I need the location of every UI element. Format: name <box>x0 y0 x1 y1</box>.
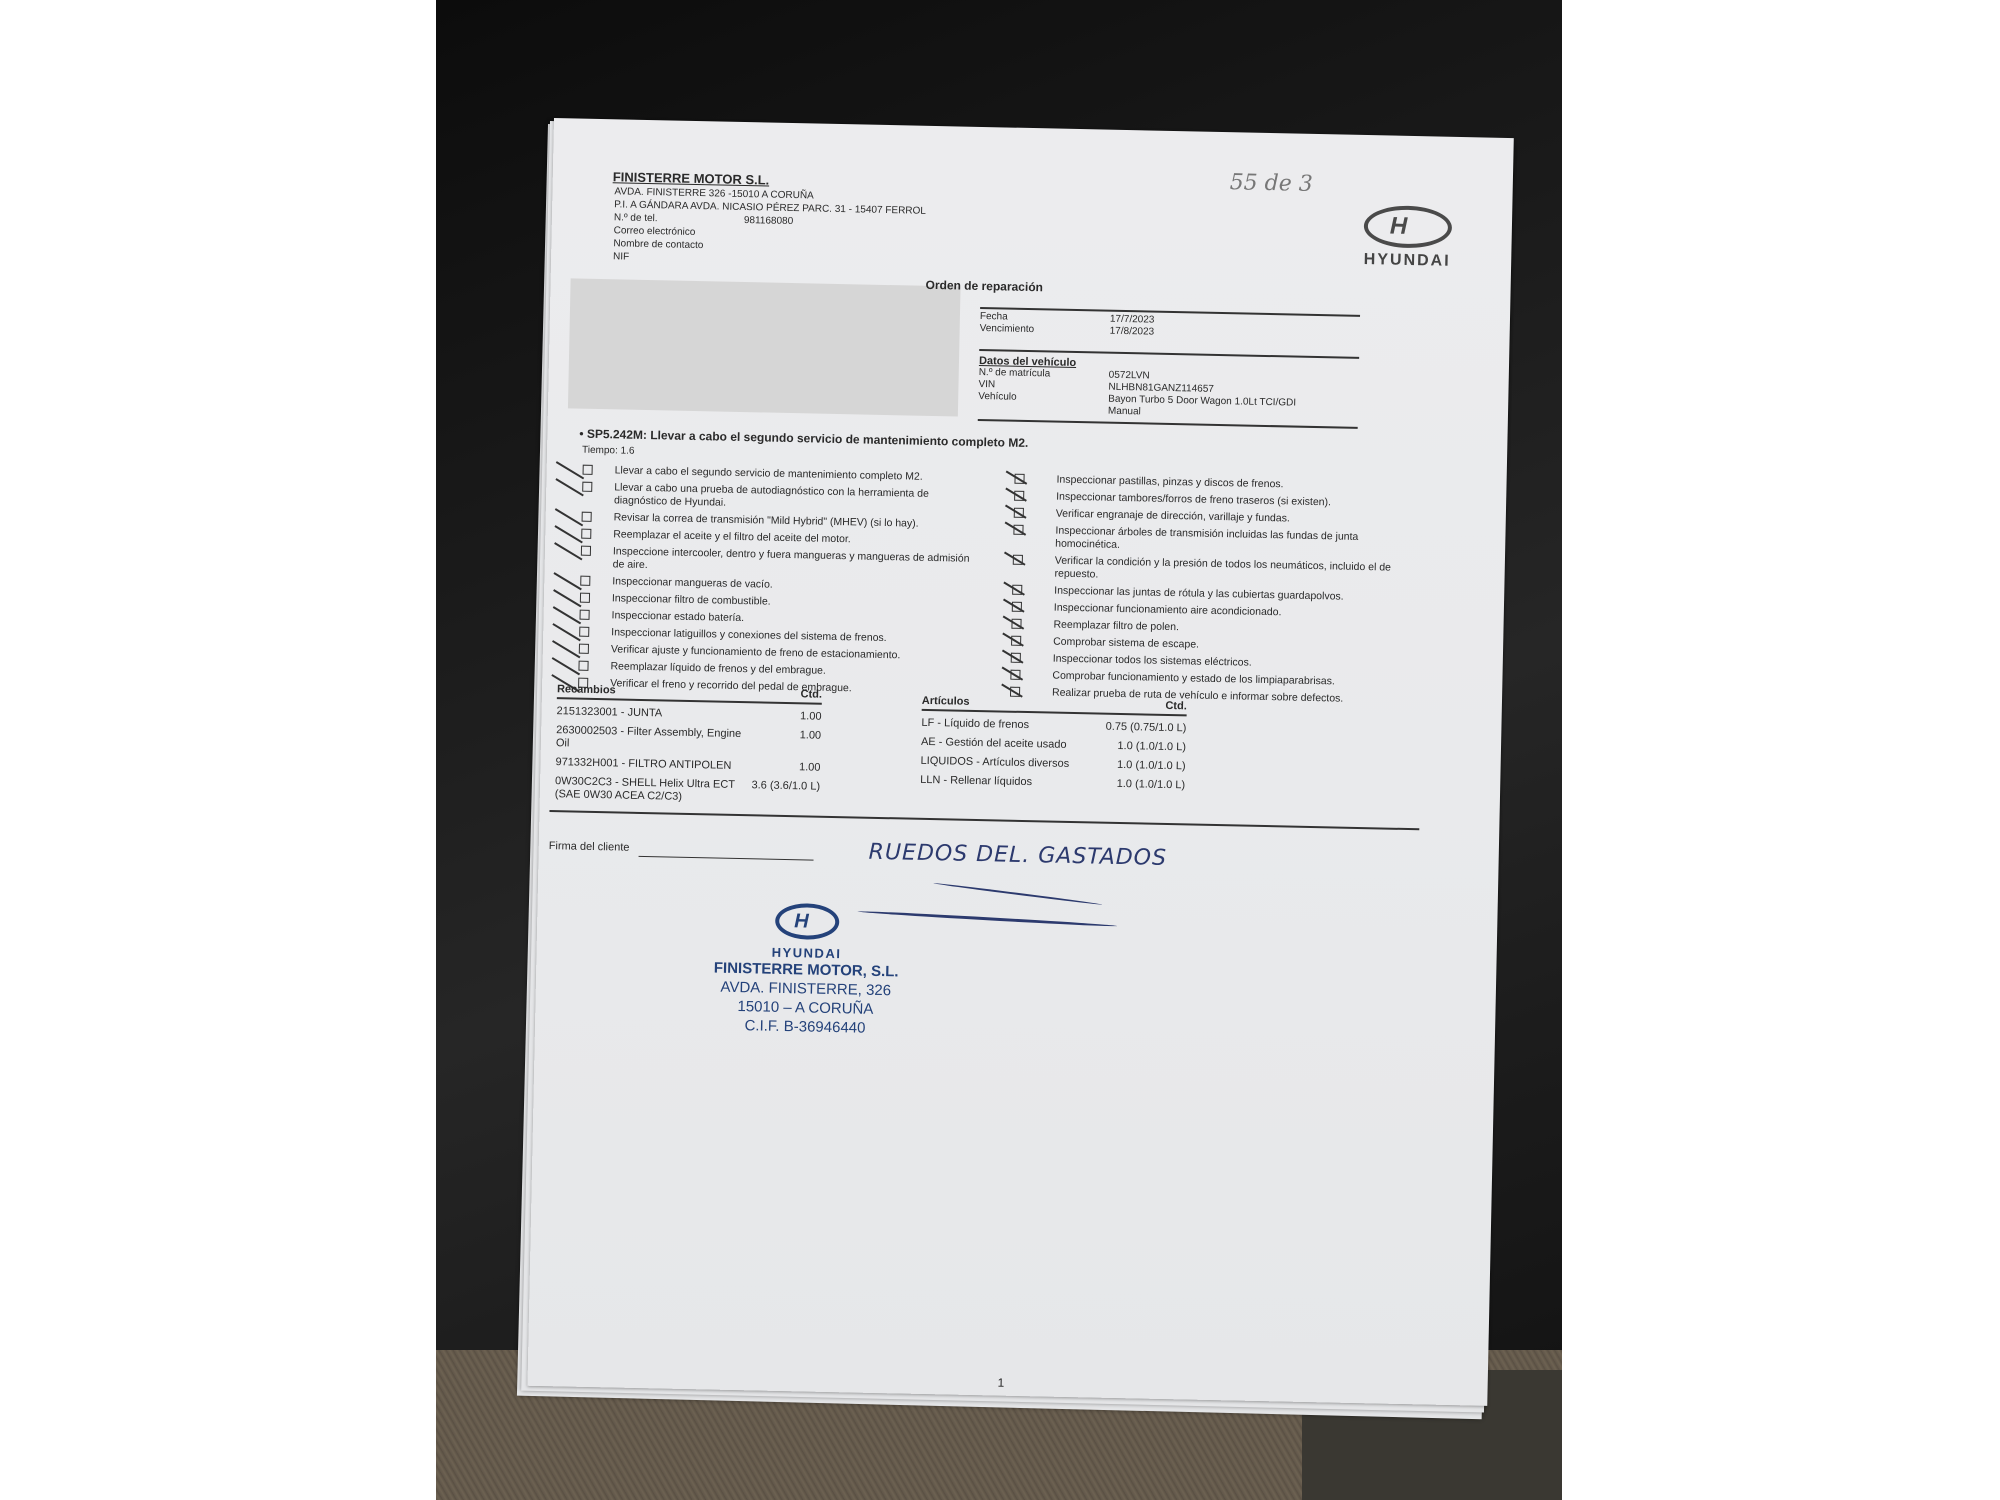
checkbox-icon <box>580 593 590 603</box>
task-text: Inspeccionar funcionamiento aire acondic… <box>1054 602 1282 619</box>
order-details: Fecha17/7/2023 Vencimiento17/8/2023 Dato… <box>978 295 1361 429</box>
task-text: Verificar engranaje de dirección, varill… <box>1056 508 1290 525</box>
item-description: 2151323001 - JUNTA <box>556 705 662 720</box>
articles-qty-header: Ctd. <box>1165 700 1187 712</box>
task-list-left: Llevar a cabo el segundo servicio de man… <box>550 463 985 702</box>
checkbox-icon <box>1011 636 1021 646</box>
task-text: Inspeccionar las juntas de rótula y las … <box>1054 585 1344 603</box>
task-text: Inspeccione intercooler, dentro y fuera … <box>613 545 970 571</box>
page-number: 1 <box>997 1376 1004 1390</box>
parts-table: RecambiosCtd. 2151323001 - JUNTA1.002630… <box>555 683 822 807</box>
parts-title: Recambios <box>557 683 616 696</box>
check-mark-icon <box>554 525 582 543</box>
checkbox-icon <box>582 512 592 522</box>
task-text: Inspeccionar latiguillos y conexiones de… <box>611 626 887 644</box>
checkbox-icon <box>579 610 589 620</box>
check-mark-icon <box>553 606 581 624</box>
divider <box>549 810 1419 830</box>
table-row: 2630002503 - Filter Assembly, Engine Oil… <box>556 724 821 756</box>
parts-qty-header: Ctd. <box>800 688 822 700</box>
checkbox-icon <box>1013 525 1023 535</box>
brand-word: HYUNDAI <box>1363 251 1451 271</box>
check-mark-icon <box>552 640 580 658</box>
service-time: Tiempo: 1.6 <box>582 445 635 457</box>
item-quantity: 1.0 (1.0/1.0 L) <box>1117 759 1186 773</box>
check-mark-icon <box>554 542 582 560</box>
task-text: Verificar la condición y la presión de t… <box>1054 555 1391 581</box>
item-description: 2630002503 - Filter Assembly, Engine Oil <box>556 724 747 754</box>
item-quantity: 3.6 (3.6/1.0 L) <box>751 779 820 806</box>
phone-value: 981168080 <box>744 214 794 228</box>
task-list-right: Inspeccionar pastillas, pinzas y discos … <box>1002 473 1417 712</box>
task-text: Llevar a cabo una prueba de autodiagnóst… <box>614 481 929 508</box>
task-text: Reemplazar líquido de frenos y del embra… <box>610 660 826 677</box>
handwritten-remark: RUEDOS DEL. GASTADOS <box>868 840 1167 871</box>
checklist-item: Verificar la condición y la presión de t… <box>1004 554 1414 589</box>
task-text: Reemplazar filtro de polen. <box>1053 619 1179 634</box>
task-text: Comprobar sistema de escape. <box>1053 636 1199 651</box>
checkbox-icon <box>1014 508 1024 518</box>
item-quantity: 1.0 (1.0/1.0 L) <box>1117 740 1186 754</box>
item-quantity: 1.00 <box>799 729 821 755</box>
checkbox-icon <box>583 465 593 475</box>
checkbox-icon <box>1012 602 1022 612</box>
check-mark-icon <box>555 478 583 496</box>
repair-order-page: FINISTERRE MOTOR S.L. AVDA. FINISTERRE 3… <box>527 118 1513 1406</box>
checklist-item: Inspeccione intercooler, dentro y fuera … <box>553 544 983 579</box>
task-text: Revisar la correa de transmisión "Mild H… <box>614 511 919 529</box>
checkbox-icon <box>1010 670 1020 680</box>
plate-value: 0572LVN <box>1109 370 1150 383</box>
checkbox-icon <box>1011 619 1021 629</box>
task-text: Inspeccionar filtro de combustible. <box>612 592 771 607</box>
checkbox-icon <box>581 529 591 539</box>
service-title: • SP5.242M: Llevar a cabo el segundo ser… <box>579 427 1028 450</box>
item-quantity: 1.00 <box>799 761 821 774</box>
checkbox-icon <box>578 661 588 671</box>
checkbox-icon <box>1014 474 1024 484</box>
signature-label: Firma del cliente <box>549 840 630 854</box>
checkbox-icon <box>1013 555 1023 565</box>
stamp-line: C.I.F. B-36946440 <box>705 1015 905 1038</box>
task-text: Inspeccionar mangueras de vacío. <box>612 575 773 590</box>
table-row: LF - Líquido de frenos0.75 (0.75/1.0 L) <box>921 717 1186 736</box>
hyundai-logo-icon: H <box>775 903 840 940</box>
item-quantity: 0.75 (0.75/1.0 L) <box>1105 721 1186 736</box>
checkbox-icon <box>580 576 590 586</box>
checkbox-icon <box>1014 491 1024 501</box>
checkbox-icon <box>582 482 592 492</box>
handwritten-note: 55 de 3 <box>1229 170 1313 197</box>
task-text: Inspeccionar pastillas, pinzas y discos … <box>1056 474 1283 491</box>
checkbox-icon <box>579 627 589 637</box>
table-row: 0W30C2C3 - SHELL Helix Ultra ECT (SAE 0W… <box>555 775 820 807</box>
item-description: LLN - Rellenar líquidos <box>920 774 1032 789</box>
redacted-customer-block <box>568 278 961 416</box>
task-text: Inspeccionar árboles de transmisión incl… <box>1055 525 1358 551</box>
signature-line <box>639 856 814 861</box>
articles-title: Artículos <box>922 695 970 708</box>
task-text: Inspeccionar tambores/forros de freno tr… <box>1056 491 1331 509</box>
dealer-stamp: H HYUNDAI FINISTERRE MOTOR, S.L. AVDA. F… <box>705 901 908 1038</box>
item-description: LIQUIDOS - Artículos diversos <box>920 755 1069 771</box>
task-text: Inspeccionar todos los sistemas eléctric… <box>1053 653 1252 669</box>
table-row: 2151323001 - JUNTA1.00 <box>556 705 821 724</box>
vencimiento-label: Vencimiento <box>980 323 1110 338</box>
item-quantity: 1.00 <box>800 710 822 723</box>
hyundai-logo-icon: H <box>1363 205 1452 249</box>
check-mark-icon <box>553 589 581 607</box>
fecha-value: 17/7/2023 <box>1110 314 1155 327</box>
check-mark-icon <box>556 461 584 479</box>
checkbox-icon <box>1012 585 1022 595</box>
vencimiento-value: 17/8/2023 <box>1110 326 1155 339</box>
checklist-item: Llevar a cabo una prueba de autodiagnóst… <box>554 480 984 515</box>
table-row: AE - Gestión del aceite usado1.0 (1.0/1.… <box>921 736 1186 755</box>
company-address: AVDA. FINISTERRE 326 -15010 A CORUÑA P.I… <box>613 185 926 270</box>
table-row: 971332H001 - FILTRO ANTIPOLEN1.00 <box>555 756 820 775</box>
check-mark-icon <box>553 572 581 590</box>
item-quantity: 1.0 (1.0/1.0 L) <box>1117 778 1186 792</box>
task-text: Verificar ajuste y funcionamiento de fre… <box>611 643 901 661</box>
signature-stroke <box>933 882 1102 905</box>
checkbox-icon <box>581 546 591 556</box>
hyundai-logo: H HYUNDAI <box>1363 205 1452 271</box>
photo-background: FINISTERRE MOTOR S.L. AVDA. FINISTERRE 3… <box>436 0 1562 1500</box>
item-description: AE - Gestión del aceite usado <box>921 736 1067 752</box>
task-text: Inspeccionar estado batería. <box>611 609 744 624</box>
item-description: 0W30C2C3 - SHELL Helix Ultra ECT (SAE 0W… <box>555 775 746 805</box>
check-mark-icon <box>552 623 580 641</box>
task-text: Llevar a cabo el segundo servicio de man… <box>615 464 923 482</box>
checklist-item: Inspeccionar árboles de transmisión incl… <box>1005 524 1415 559</box>
articles-table: ArtículosCtd. LF - Líquido de frenos0.75… <box>920 691 1187 793</box>
checkbox-icon <box>1011 653 1021 663</box>
order-title: Orden de reparación <box>925 278 1043 294</box>
task-text: Reemplazar el aceite y el filtro del ace… <box>613 528 851 545</box>
task-text: Comprobar funcionamiento y estado de los… <box>1052 670 1335 688</box>
table-row: LLN - Rellenar líquidos1.0 (1.0/1.0 L) <box>920 774 1185 793</box>
item-description: 971332H001 - FILTRO ANTIPOLEN <box>555 756 731 773</box>
check-mark-icon <box>555 508 583 526</box>
transmission-value: Manual <box>1108 406 1141 419</box>
checkbox-icon <box>579 644 589 654</box>
table-row: LIQUIDOS - Artículos diversos1.0 (1.0/1.… <box>920 755 1185 774</box>
check-mark-icon <box>552 657 580 675</box>
item-description: LF - Líquido de frenos <box>921 717 1029 732</box>
